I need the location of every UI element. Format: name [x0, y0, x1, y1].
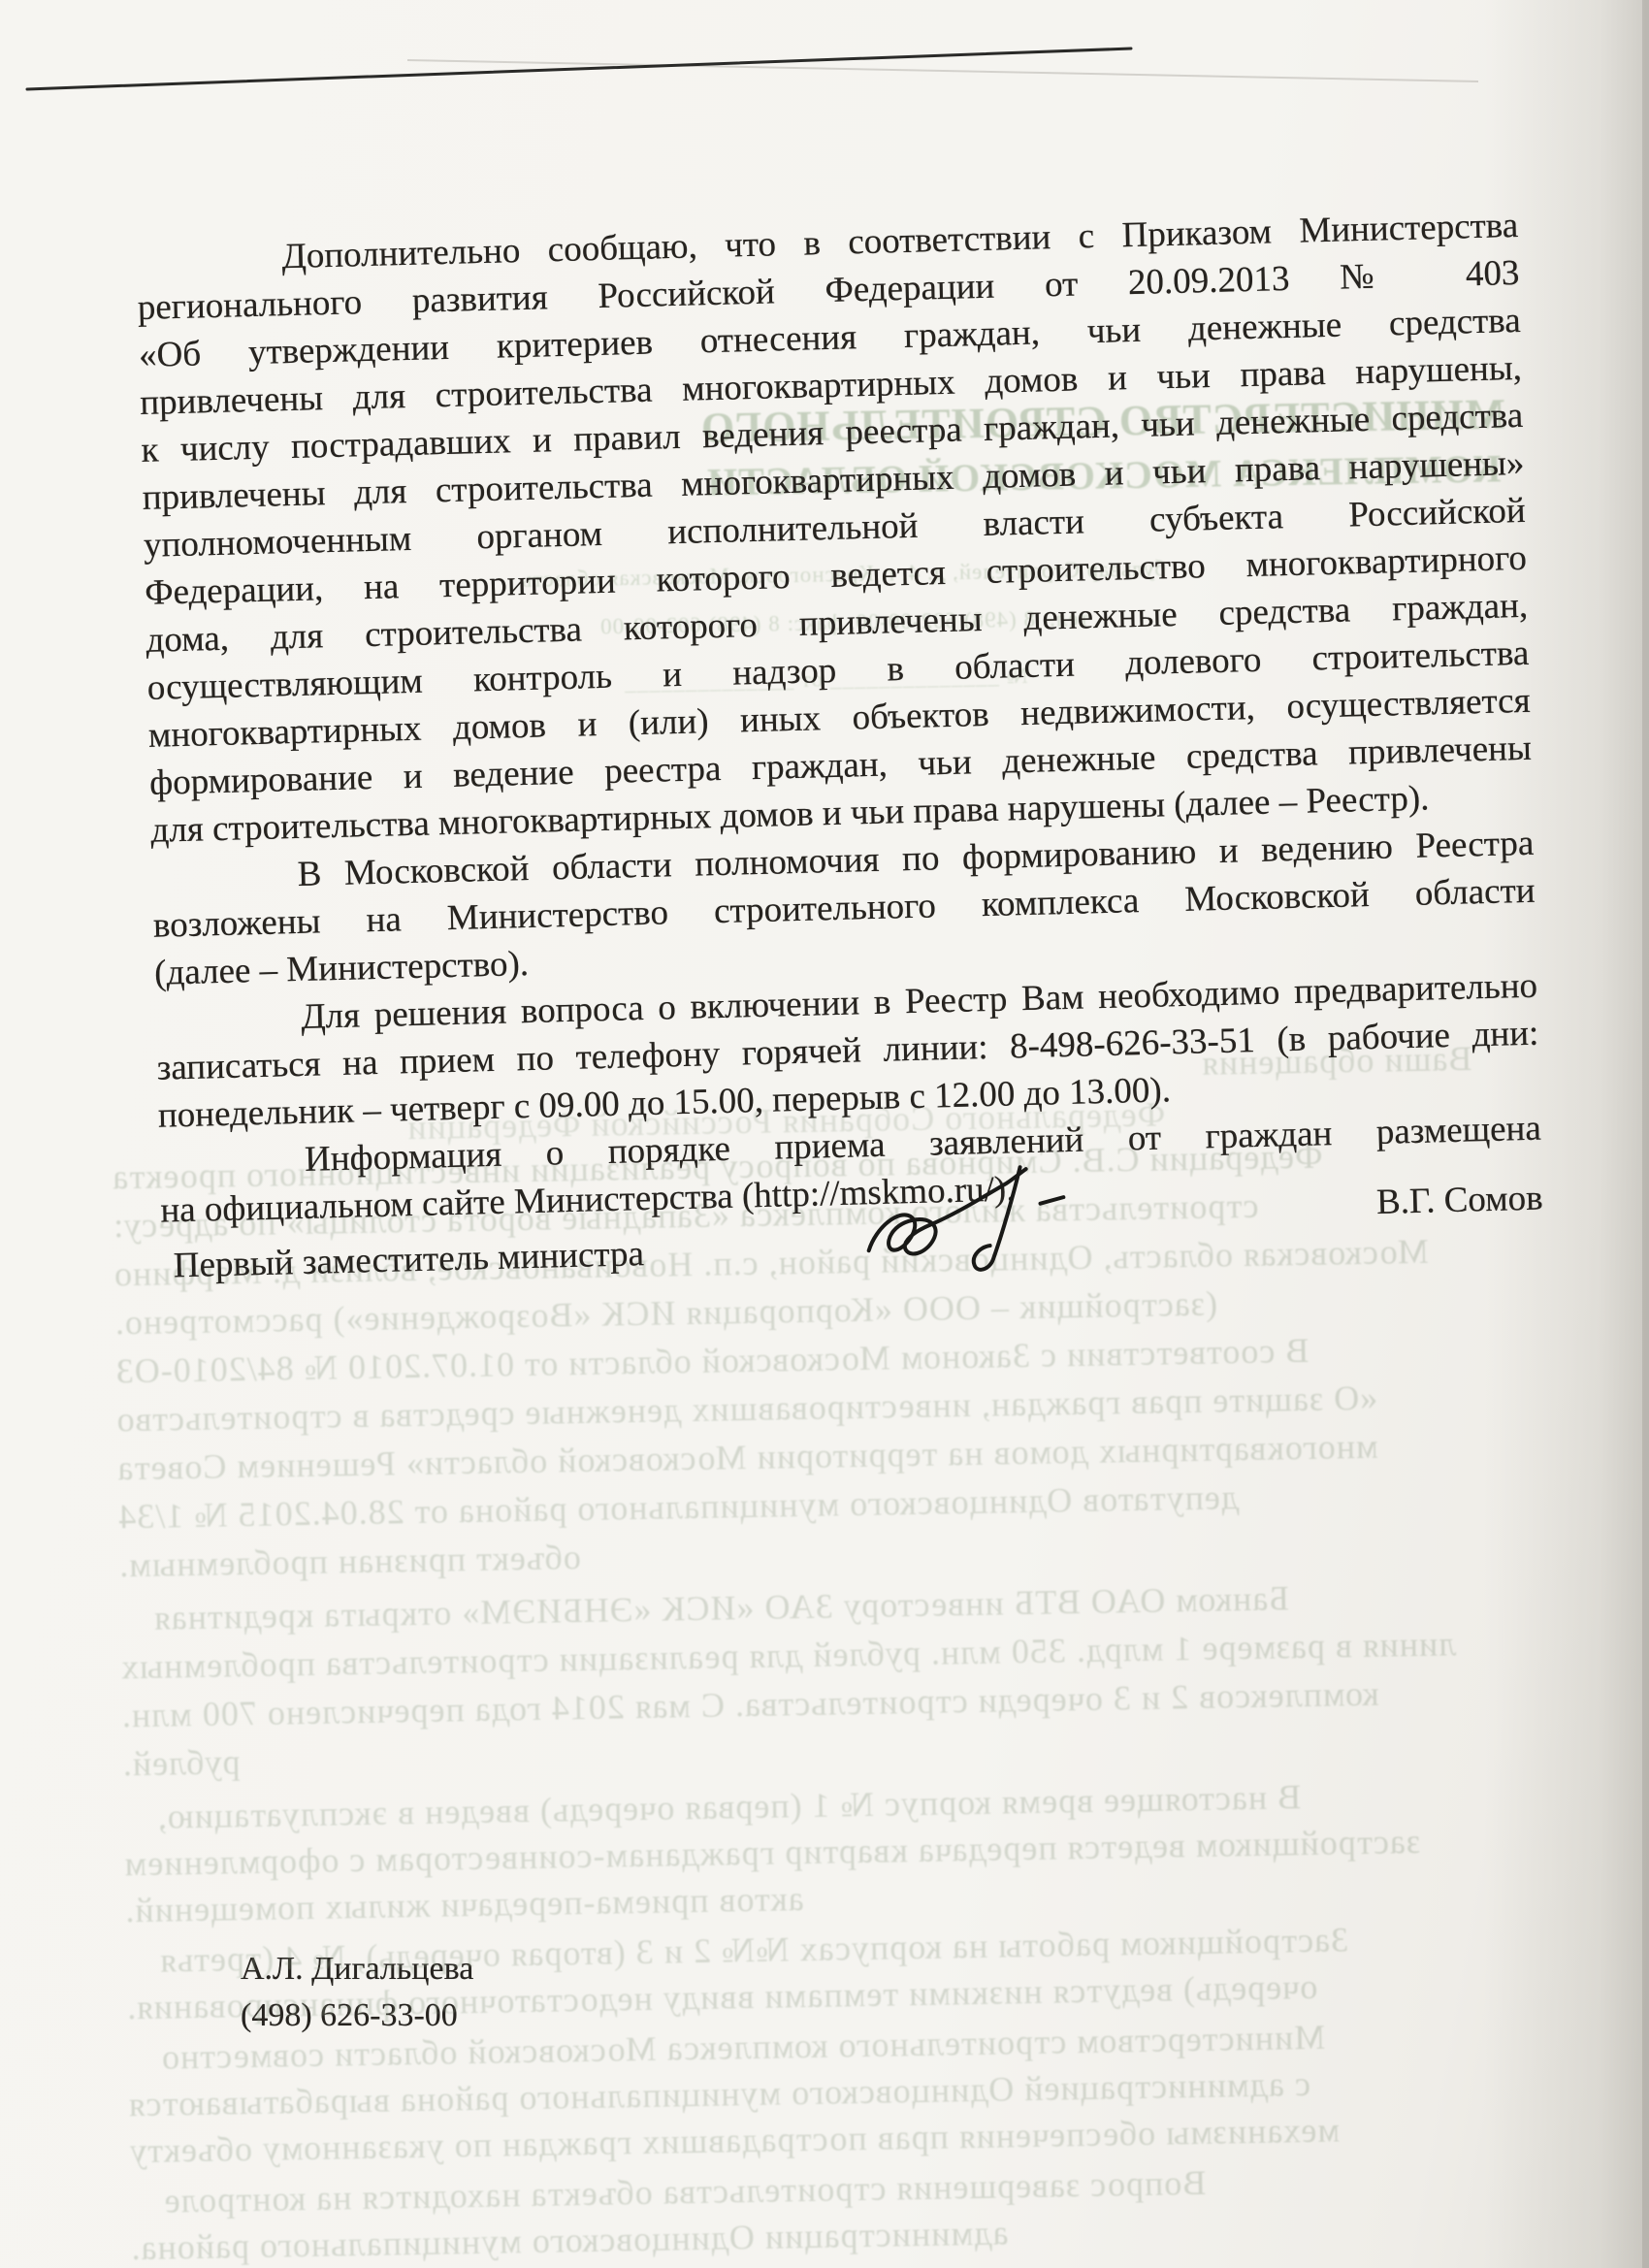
scanned-letter-page: МИНИСТЕРСТВО СТРОИТЕЛЬНОГОКОМПЛЕКСА МОСК… — [0, 0, 1649, 2268]
signature-ink — [854, 1162, 1089, 1294]
letter-content-layer: Дополнительно сообщаю, что в соответстви… — [0, 0, 1649, 2268]
letter-body: Дополнительно сообщаю, что в соответстви… — [136, 202, 1543, 1235]
signer-name: В.Г. Сомов — [1376, 1178, 1544, 1223]
signer-position-title: Первый заместитель министра — [173, 1233, 644, 1286]
scan-line-artifact — [0, 0, 1649, 165]
